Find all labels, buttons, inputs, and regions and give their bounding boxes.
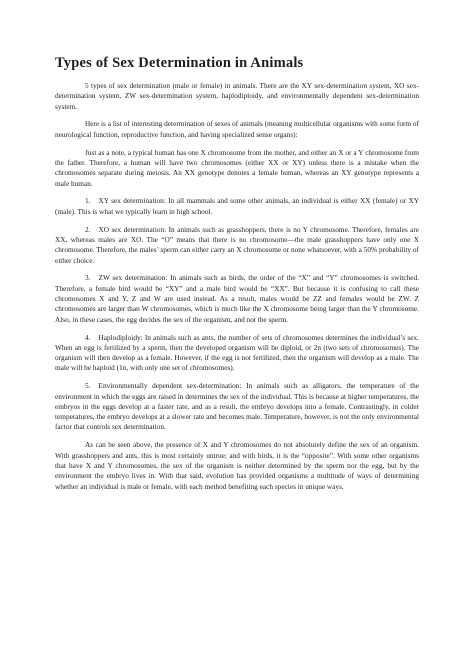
document-content: Types of Sex Determination in Animals 5 …: [0, 0, 474, 492]
list-item-text: Environmentally dependent sex-determinat…: [55, 381, 419, 431]
paragraph-text: Just as a note, a typical human has one …: [55, 148, 419, 188]
list-number: 2.: [85, 225, 90, 234]
list-item-text: XO sex determination: In animals such as…: [55, 225, 419, 265]
paragraph-text: As can be seen above, the presence of X …: [55, 440, 419, 490]
list-number: 3.: [85, 273, 90, 282]
list-item: 5.Environmentally dependent sex-determin…: [55, 381, 419, 432]
list-item-text: Haplodiploidy: In animals such as ants, …: [55, 333, 419, 373]
list-item-text: XY sex determination: In all mammals and…: [55, 196, 419, 215]
list-item: 3.ZW sex determination: In animals such …: [55, 273, 419, 324]
list-item: 4.Haplodiploidy: In animals such as ants…: [55, 333, 419, 374]
list-item: 2.XO sex determination: In animals such …: [55, 225, 419, 266]
list-number: 1.: [85, 196, 90, 205]
list-number: 4.: [85, 333, 90, 342]
list-item: 1.XY sex determination: In all mammals a…: [55, 196, 419, 217]
list-number: 5.: [85, 381, 90, 390]
paragraph: Here is a list of interesting determinat…: [55, 119, 419, 140]
paragraph: Just as a note, a typical human has one …: [55, 148, 419, 189]
document-page: Types of Sex Determination in Animals 5 …: [0, 0, 474, 670]
paragraph: As can be seen above, the presence of X …: [55, 440, 419, 491]
list-item-text: ZW sex determination: In animals such as…: [55, 273, 419, 323]
paragraph: 5 types of sex determination (male or fe…: [55, 81, 419, 112]
document-title: Types of Sex Determination in Animals: [55, 55, 419, 72]
paragraph-text: Here is a list of interesting determinat…: [55, 119, 419, 138]
paragraph-text: 5 types of sex determination (male or fe…: [55, 81, 419, 111]
